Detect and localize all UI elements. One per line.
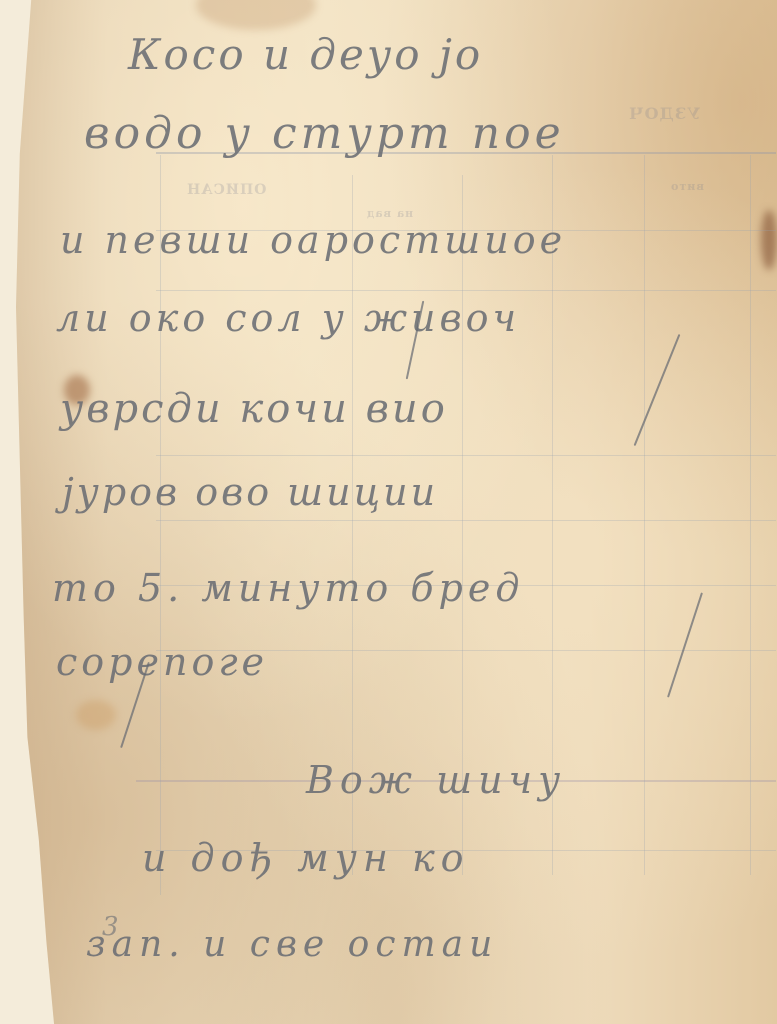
handwritten-line: зап. и све остаи: [86, 924, 498, 965]
aged-paper: УЗДОЧ ОПИСАН на вад вито Косо и деуо јо …: [16, 0, 777, 1024]
stain-right-edge: [761, 210, 777, 270]
handwritten-line: Косо и деуо јо: [128, 30, 483, 79]
grid-line: [644, 155, 645, 875]
bleed-through-column-label: вито: [670, 180, 704, 193]
scanned-page: УЗДОЧ ОПИСАН на вад вито Косо и деуо јо …: [0, 0, 777, 1024]
bleed-through-column-label: ОПИСАН: [186, 182, 266, 198]
handwritten-line: јуров ово шиции: [62, 470, 438, 514]
grid-line: [160, 155, 161, 895]
pencil-descender: [667, 592, 703, 697]
margin-mark: 3: [102, 912, 122, 942]
handwritten-line: то 5. минуто бред: [52, 566, 524, 610]
bleed-through-header: УЗДОЧ: [628, 104, 700, 123]
grid-line: [750, 155, 751, 875]
stain-lower: [76, 700, 116, 730]
pencil-descender: [634, 334, 681, 446]
handwritten-line: и дођ мун ко: [142, 836, 470, 880]
handwritten-line: ли око сол у живоч: [56, 296, 520, 340]
grid-line: [156, 520, 776, 521]
handwritten-line: Вож шичу: [306, 758, 566, 802]
handwritten-line: водо у стурт пое: [84, 108, 565, 159]
stain-top: [196, 0, 316, 30]
handwritten-line: и певши оаростшиое: [60, 218, 566, 262]
handwritten-line: уврсди кочи вио: [60, 386, 448, 432]
grid-line: [156, 455, 776, 456]
grid-line: [156, 290, 776, 291]
handwritten-line: сорепоге: [56, 640, 268, 684]
